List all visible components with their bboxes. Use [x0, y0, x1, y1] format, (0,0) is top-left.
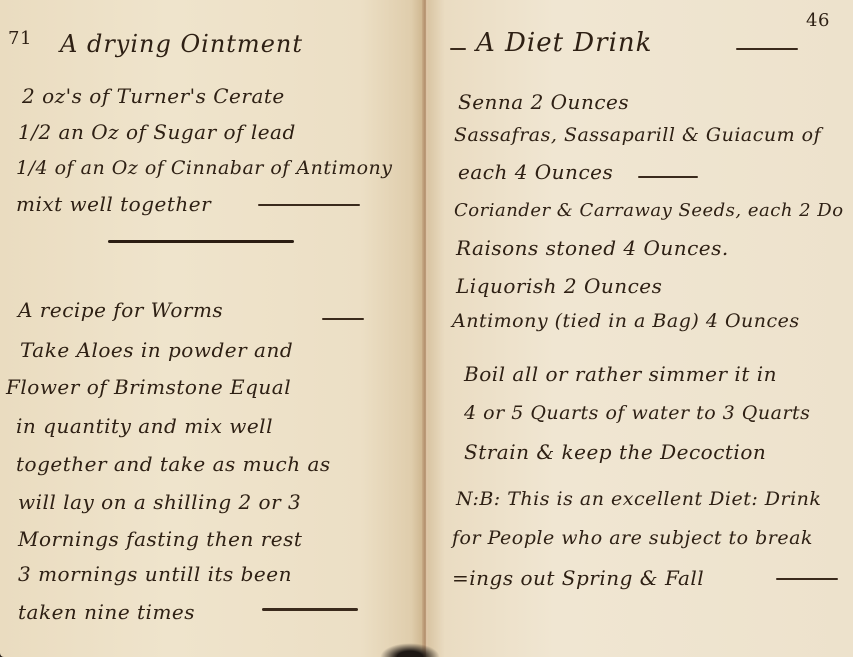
recipe-line: in quantity and mix well [16, 414, 273, 438]
recipe-line: 2 oz's of Turner's Cerate [22, 84, 285, 108]
ingredient-line: Antimony (tied in a Bag) 4 Ounces [452, 310, 800, 332]
flourish-dash [258, 204, 360, 206]
ingredient-line: each 4 Ounces [458, 160, 613, 184]
recipe-line: will lay on a shilling 2 or 3 [18, 490, 301, 514]
page-number-right: 46 [806, 10, 830, 31]
manuscript-spread: 71 A drying Ointment 2 oz's of Turner's … [0, 0, 853, 657]
recipe-line: Mornings fasting then rest [18, 527, 302, 551]
instruction-line: Strain & keep the Decoction [464, 440, 766, 464]
note-line: for People who are subject to break [452, 527, 813, 549]
ingredient-line: Raisons stoned 4 Ounces. [456, 236, 729, 260]
recipe-line: 3 mornings untill its been [18, 562, 292, 586]
page-number-left: 71 [8, 28, 32, 49]
flourish-dash [776, 578, 838, 580]
note-line: =ings out Spring & Fall [452, 566, 704, 590]
recipe-line: together and take as much as [16, 452, 331, 476]
recipe-line: taken nine times [18, 600, 195, 624]
right-page: A Diet Drink 46 Senna 2 Ounces Sassafras… [428, 0, 853, 657]
recipe-title-diet-drink: A Diet Drink [476, 28, 652, 58]
ingredient-line: Liquorish 2 Ounces [456, 274, 662, 298]
recipe-line: 1/4 of an Oz of Cinnabar of Antimony [16, 157, 393, 179]
flourish-dash [262, 608, 358, 611]
recipe-line: Flower of Brimstone Equal [6, 375, 291, 399]
recipe-title-worms: A recipe for Worms [18, 298, 223, 322]
instruction-line: Boil all or rather simmer it in [464, 362, 777, 386]
recipe-line: 1/2 an Oz of Sugar of lead [18, 120, 296, 144]
recipe-line: mixt well together [16, 192, 211, 216]
recipe-line: Take Aloes in powder and [20, 338, 293, 362]
flourish-dash [638, 176, 698, 178]
recipe-title-drying-ointment: A drying Ointment [60, 30, 303, 58]
ingredient-line: Senna 2 Ounces [458, 90, 629, 114]
instruction-line: 4 or 5 Quarts of water to 3 Quarts [464, 402, 810, 424]
flourish-dash [450, 48, 466, 50]
left-page: 71 A drying Ointment 2 oz's of Turner's … [0, 0, 424, 657]
flourish-dash [736, 48, 798, 50]
flourish-dash [322, 318, 364, 320]
note-line: N:B: This is an excellent Diet: Drink [456, 488, 821, 510]
binding-shadow [380, 643, 440, 657]
section-divider-rule [108, 240, 294, 243]
ingredient-line: Coriander & Carraway Seeds, each 2 Do [454, 200, 844, 221]
ingredient-line: Sassafras, Sassaparill & Guiacum of [454, 124, 821, 146]
